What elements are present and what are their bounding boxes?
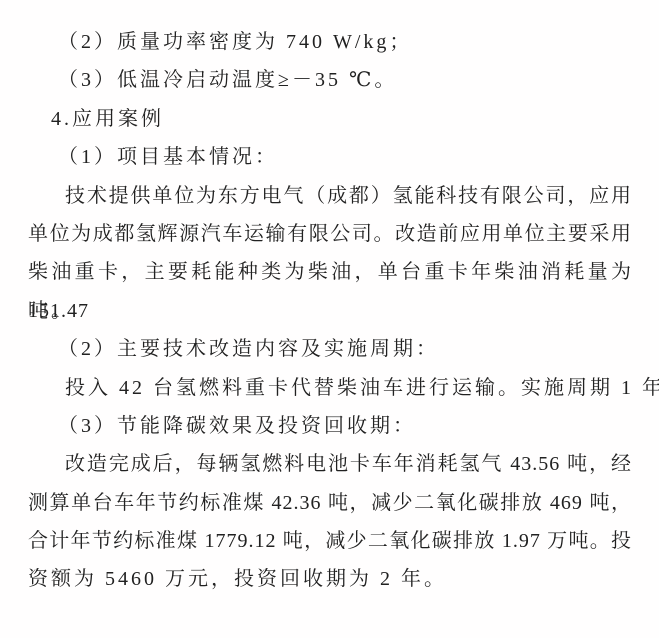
text-line: （2）主要技术改造内容及实施周期： [28,330,632,368]
text-line: 测算单台车年节约标准煤 42.36 吨，减少二氧化碳排放 469 吨， [28,484,632,522]
text-line: （1）项目基本情况： [28,138,632,176]
document-page: （2）质量功率密度为 740 W/kg； （3）低温冷启动温度≥－35 ℃。 4… [0,0,659,638]
text-line: （3）低温冷启动温度≥－35 ℃。 [28,61,632,99]
text-line: （2）质量功率密度为 740 W/kg； [28,23,632,61]
text-line: 改造完成后，每辆氢燃料电池卡车年消耗氢气 43.56 吨，经 [28,445,632,483]
text-line: 资额为 5460 万元，投资回收期为 2 年。 [28,560,632,598]
text-line-heading: 4.应用案例 [28,100,632,138]
text-line: 投入 42 台氢燃料重卡代替柴油车进行运输。实施周期 1 年。 [28,369,632,407]
text-line: （3）节能降碳效果及投资回收期： [28,407,632,445]
document-text-block: （2）质量功率密度为 740 W/kg； （3）低温冷启动温度≥－35 ℃。 4… [28,23,632,599]
text-line: 柴油重卡，主要耗能种类为柴油，单台重卡年柴油消耗量为 151.47 [28,253,632,291]
text-line: 单位为成都氢辉源汽车运输有限公司。改造前应用单位主要采用 [28,215,632,253]
text-line: 吨。 [28,292,632,330]
text-line: 技术提供单位为东方电气（成都）氢能科技有限公司，应用 [28,177,632,215]
text-line: 合计年节约标准煤 1779.12 吨，减少二氧化碳排放 1.97 万吨。投 [28,522,632,560]
